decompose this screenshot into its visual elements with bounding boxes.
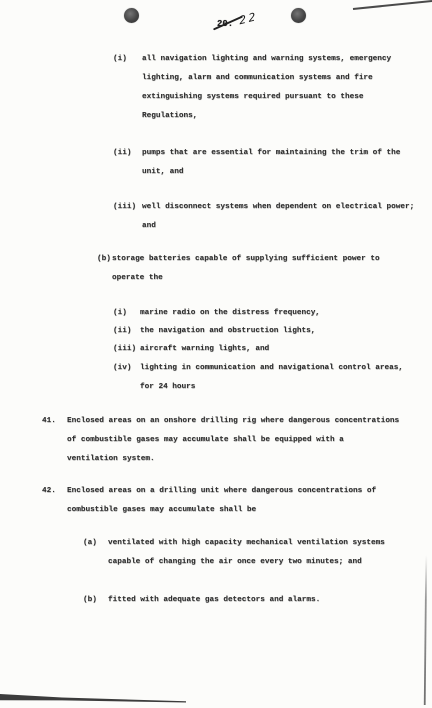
clause-number: 42. xyxy=(42,482,56,501)
text-line: aircraft warning lights, and xyxy=(140,340,269,359)
text-line: combustible gases may accumulate shall b… xyxy=(67,501,376,520)
text-line: all navigation lighting and warning syst… xyxy=(142,50,391,69)
scan-edge-right xyxy=(424,555,427,705)
text-line: unit, and xyxy=(142,163,400,182)
clause-41: 41. Enclosed areas on an onshore drillin… xyxy=(42,412,399,469)
item-label: (a) xyxy=(83,534,97,553)
text-line: the navigation and obstruction lights, xyxy=(140,322,315,341)
clause-list2-item-iii: (iii) aircraft warning lights, and xyxy=(113,340,269,359)
text-line: storage batteries capable of supplying s… xyxy=(112,250,380,269)
clause-list2-item-i: (i) marine radio on the distress frequen… xyxy=(113,304,320,323)
text-line: extinguishing systems required pursuant … xyxy=(142,88,391,107)
text-line: ventilated with high capacity mechanical… xyxy=(108,534,385,553)
scan-edge-bottom-left xyxy=(0,694,186,703)
item-label: (i) xyxy=(113,304,127,323)
clause-list2-item-ii: (ii) the navigation and obstruction ligh… xyxy=(113,322,315,341)
item-label: (ii) xyxy=(113,322,131,341)
hole-punch-right-icon xyxy=(291,8,306,23)
text-line: capable of changing the air once every t… xyxy=(108,553,385,572)
item-label: (iv) xyxy=(113,359,131,378)
clause-list1-item-iii: (iii) well disconnect systems when depen… xyxy=(113,198,414,236)
scanned-document-page: 20. 22 (i) all navigation lighting and w… xyxy=(0,0,432,708)
clause-list1-item-ii: (ii) pumps that are essential for mainta… xyxy=(113,144,400,182)
text-line: ventilation system. xyxy=(67,450,399,469)
clause-list2-item-iv: (iv) lighting in communication and navig… xyxy=(113,359,403,397)
item-label: (iii) xyxy=(113,198,136,217)
scan-edge-top-right xyxy=(353,1,432,9)
clause-number: 41. xyxy=(42,412,56,431)
clause-42-item-a: (a) ventilated with high capacity mechan… xyxy=(83,534,385,572)
item-label: (iii) xyxy=(113,340,136,359)
text-line: fitted with adequate gas detectors and a… xyxy=(108,591,320,610)
text-line: marine radio on the distress frequency, xyxy=(140,304,320,323)
clause-42-item-b: (b) fitted with adequate gas detectors a… xyxy=(83,591,320,610)
hole-punch-left-icon xyxy=(124,8,139,23)
text-line: Enclosed areas on an onshore drilling ri… xyxy=(67,412,399,431)
text-line: lighting, alarm and communication system… xyxy=(142,69,391,88)
clause-item-b: (b) storage batteries capable of supplyi… xyxy=(97,250,380,288)
text-line: Enclosed areas on a drilling unit where … xyxy=(67,482,376,501)
item-label: (ii) xyxy=(113,144,131,163)
page-number-handwritten: 22 xyxy=(239,10,259,28)
text-line: well disconnect systems when dependent o… xyxy=(142,198,414,217)
item-label: (b) xyxy=(97,250,111,269)
text-line: of combustible gases may accumulate shal… xyxy=(67,431,399,450)
text-line: Regulations, xyxy=(142,107,391,126)
clause-42: 42. Enclosed areas on a drilling unit wh… xyxy=(42,482,376,520)
item-label: (b) xyxy=(83,591,97,610)
text-line: lighting in communication and navigation… xyxy=(140,359,403,378)
text-line: for 24 hours xyxy=(140,378,403,397)
item-label: (i) xyxy=(113,50,127,69)
text-line: pumps that are essential for maintaining… xyxy=(142,144,400,163)
text-line: and xyxy=(142,217,414,236)
clause-list1-item-i: (i) all navigation lighting and warning … xyxy=(113,50,391,126)
text-line: operate the xyxy=(112,269,380,288)
